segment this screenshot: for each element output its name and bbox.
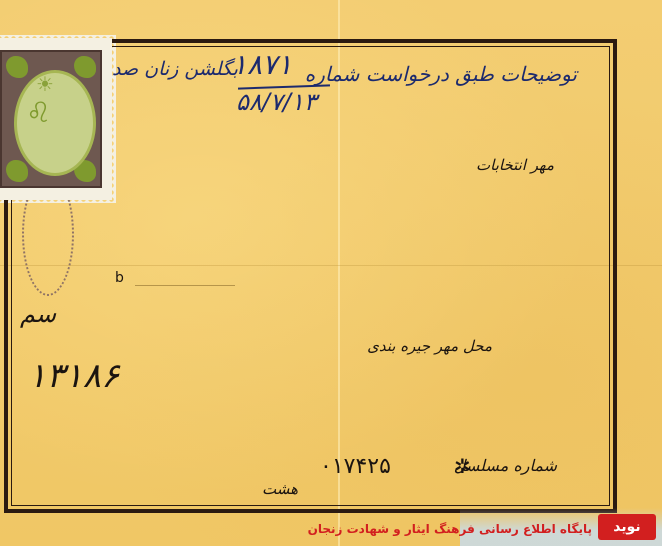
description-label: توضیحات طبق درخواست شماره <box>305 62 577 86</box>
sun-icon: ☀ <box>36 72 54 96</box>
stamp-corner-icon <box>6 160 28 182</box>
watermark-banner: پایگاه اطلاع رسانی فرهنگ ایثار و شهادت ز… <box>460 508 662 546</box>
handwritten-mark: b <box>115 270 124 286</box>
faint-dash-line <box>135 285 235 286</box>
stamp-corner-icon <box>74 56 96 78</box>
handwritten-note: ۱۳۱۸۶ <box>28 356 119 396</box>
stamp-corner-icon <box>6 56 28 78</box>
serial-number-in-words: هشت <box>262 480 298 498</box>
rationing-seal-label: محل مهر جیره بندی <box>367 337 492 355</box>
serial-number: ۰۱۷۴۲۵ <box>320 454 391 479</box>
description-handwritten-tail: بگلشن زنان صد <box>112 58 238 80</box>
lion-icon: ♌ <box>26 96 51 129</box>
watermark-logo: نوید شاهد <box>598 514 656 540</box>
postage-stamp: ☀ ♌ <box>0 38 112 200</box>
star-icon: ✲ <box>454 454 471 478</box>
watermark-text: پایگاه اطلاع رسانی فرهنگ ایثار و شهادت ز… <box>308 522 592 536</box>
request-date: ۵۸/۷/۱۳ <box>236 88 317 116</box>
handwritten-note-top: سم <box>20 300 56 328</box>
stamp-design: ☀ ♌ <box>0 50 102 188</box>
request-number: ۱۸۷۱ <box>232 48 292 81</box>
election-seal-label: مهر انتخابات <box>476 156 554 174</box>
